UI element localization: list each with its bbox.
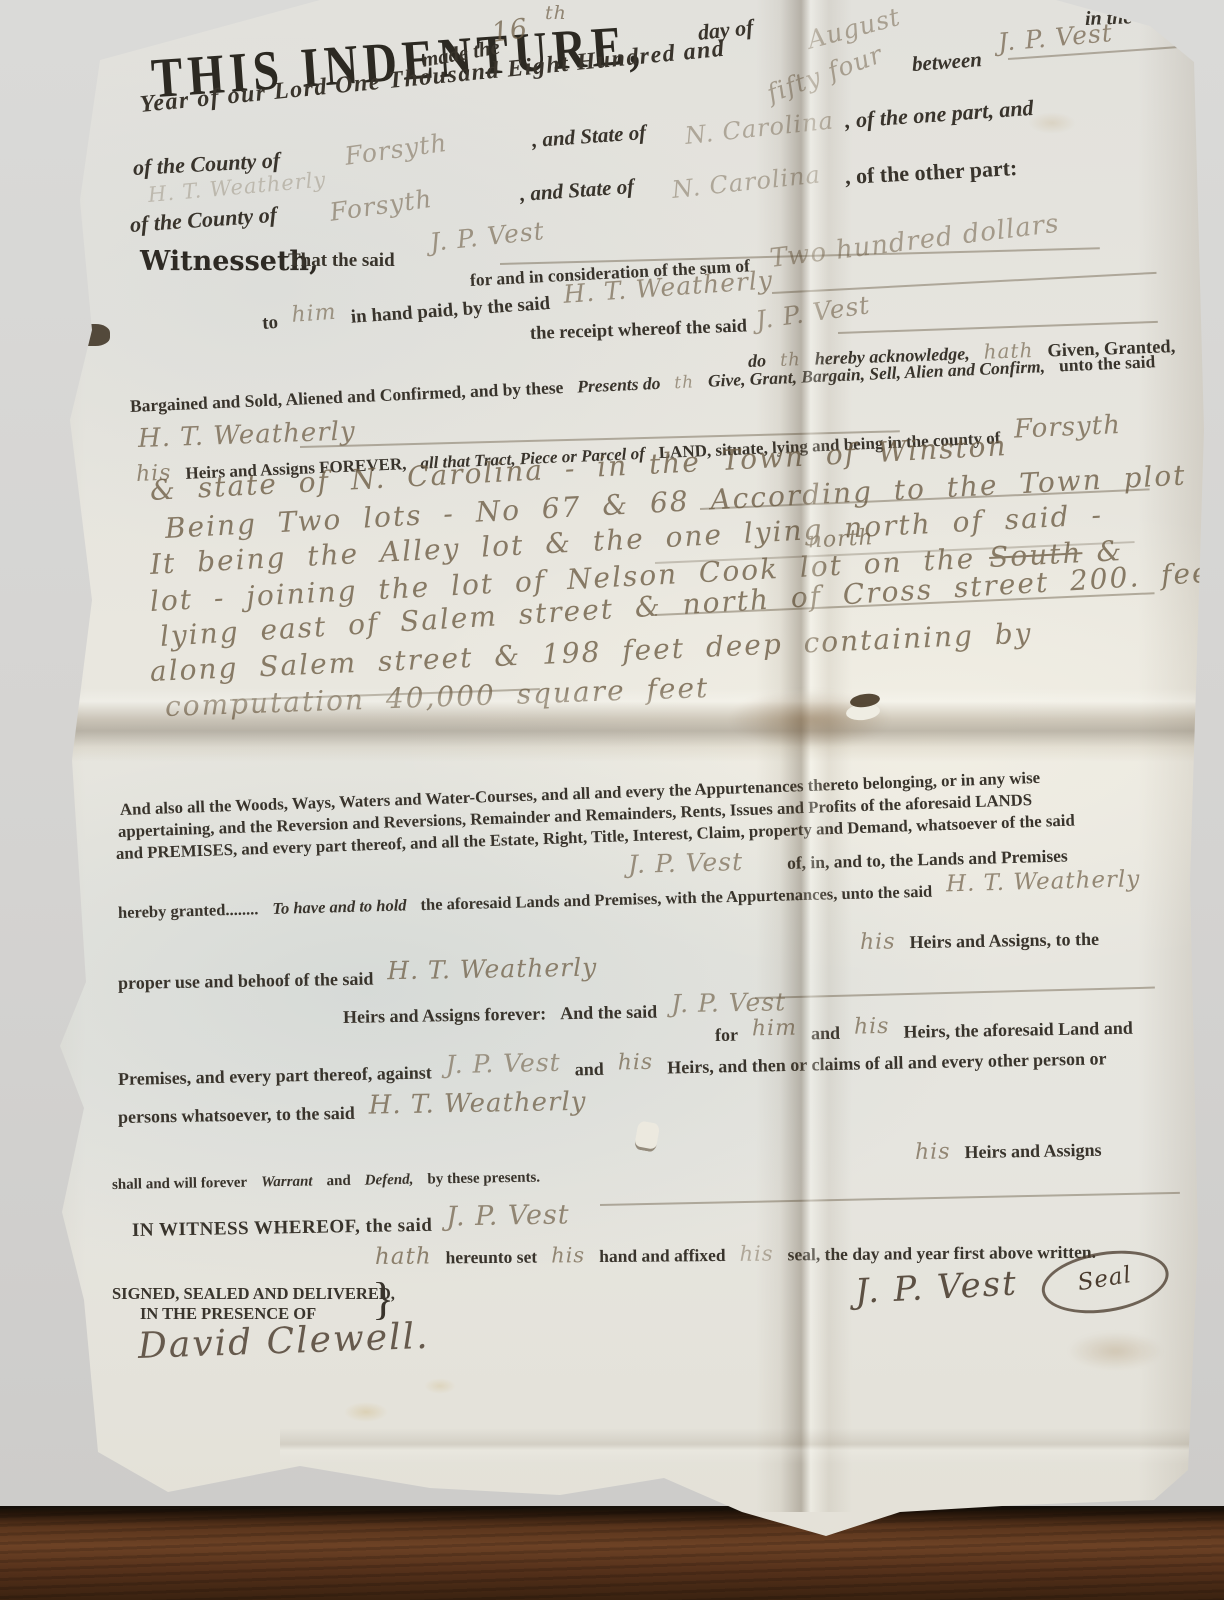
to-label: to — [261, 312, 278, 334]
receipt-label: the receipt whereof the said — [530, 316, 758, 345]
for-label: for — [715, 1025, 738, 1045]
him2-text: him — [752, 1016, 798, 1042]
his3-text: his — [854, 1014, 890, 1040]
shall-text: shall and will forever — [112, 1175, 247, 1193]
witness-signature-text: David Clewell. — [137, 1316, 430, 1367]
state-line-2: , and State of — [519, 173, 645, 207]
him-text: him — [291, 300, 338, 328]
heirs-forever2-text: Heirs and Assigns forever: — [343, 1003, 546, 1027]
yellow-spot-1 — [344, 1402, 388, 1422]
to-have-line: hereby granted........ To have and to ho… — [118, 871, 1151, 924]
signed-text: SIGNED, SEALED AND DELIVERED, — [112, 1284, 395, 1303]
handwritten-state-2: N. Carolina — [671, 159, 832, 204]
heirs-aforesaid-text: Heirs, the aforesaid Land and — [903, 1018, 1133, 1042]
against-line: Premises, and every part thereof, agains… — [118, 1041, 1117, 1091]
photo-scene: THIS INDENTURE, made the 16 th day of Au… — [0, 0, 1224, 1600]
day-number-text: 16 — [490, 13, 530, 49]
seal-text: Seal — [1076, 1262, 1134, 1296]
state1-label: , and State of — [531, 120, 647, 152]
grantee3-text: H. T. Weatherly — [387, 953, 597, 986]
his2-text: his — [860, 929, 896, 955]
signed-sealed-line: SIGNED, SEALED AND DELIVERED, — [112, 1284, 405, 1304]
handwritten-county-2: Forsyth — [328, 182, 444, 226]
to-have-text: To have and to hold — [272, 895, 407, 918]
county3-text: Forsyth — [1013, 410, 1121, 445]
state-line-1: , and State of — [531, 119, 657, 153]
unto-said-text: unto the said — [1059, 351, 1156, 375]
ruled-line — [600, 1192, 1180, 1206]
heirs-to-the-line: his Heirs and Assigns, to the — [860, 926, 1109, 955]
in-hand-text: in hand paid, by the said — [350, 293, 551, 328]
one-part-label: , of the one part, and — [844, 94, 1044, 134]
against-name-text: J. P. Vest — [445, 1048, 561, 1079]
hereunto-text: hereunto set — [446, 1247, 538, 1268]
premises2-text: Premises, and every part thereof, agains… — [118, 1062, 432, 1089]
his7-text: his — [739, 1242, 773, 1266]
grantor-signature-text: J. P. Vest — [854, 1264, 1019, 1312]
sum-text: Two hundred dollars — [768, 209, 1061, 274]
proper-use-text: proper use and behoof of the said — [118, 969, 374, 993]
th2-text: th — [674, 372, 695, 393]
in-witness-line: IN WITNESS WHEREOF, the said J. P. Vest — [132, 1204, 580, 1243]
ruled-line — [838, 321, 1158, 334]
his-heirs-assigns-line: his Heirs and Assigns — [915, 1137, 1112, 1165]
and-said-text: And the said — [560, 1002, 657, 1024]
receipt-text: the receipt whereof the said — [530, 316, 748, 344]
handwritten-grantee-1: H. T. Weatherly — [137, 416, 366, 454]
his6-text: his — [551, 1243, 585, 1267]
day-suffix-text: th — [545, 2, 567, 24]
said1-text: J. P. Vest — [428, 216, 545, 257]
his4-text: his — [617, 1050, 653, 1076]
handwritten-county-1: Forsyth — [343, 126, 459, 170]
and1-text: and — [811, 1023, 840, 1044]
grantee1-text: H. T. Weatherly — [137, 416, 356, 454]
grantor-signature: J. P. Vest — [854, 1263, 1029, 1312]
state1-text: N. Carolina — [684, 106, 836, 149]
handwritten-state-1: N. Carolina — [684, 105, 845, 150]
handwritten-day-suffix: th — [545, 2, 577, 24]
aforesaid-text: the aforesaid Lands and Premises, with t… — [420, 882, 932, 914]
one-part-text: , of the one part, and — [844, 95, 1034, 133]
hath2-text: hath — [375, 1244, 432, 1270]
witness-said-text: J. P. Vest — [446, 1199, 570, 1232]
proper-use-line: proper use and behoof of the said H. T. … — [118, 957, 608, 995]
left-edge-notch — [74, 324, 110, 346]
ruled-line — [755, 987, 1155, 999]
grantee2-text: H. T. Weatherly — [946, 866, 1141, 897]
said3-text: J. P. Vest — [671, 987, 787, 1018]
state2-text: N. Carolina — [671, 160, 823, 203]
in-witness-text: IN WITNESS WHEREOF, the said — [132, 1215, 433, 1241]
fold-shadow-stain — [730, 690, 890, 748]
prop4-correction-text: north — [807, 525, 874, 553]
between-label: between — [911, 46, 993, 77]
between-text: between — [911, 47, 982, 76]
heirs-assigns-text: Heirs and Assigns — [964, 1140, 1101, 1162]
presents2-text: by these presents. — [427, 1170, 540, 1188]
and3-text: and — [326, 1173, 350, 1189]
said2-text: J. P. Vest — [628, 847, 744, 879]
other-part-text: , of the other part: — [844, 155, 1018, 189]
indenture-document: THIS INDENTURE, made the 16 th day of Au… — [0, 0, 1224, 1600]
grantee4-text: H. T. Weatherly — [368, 1087, 586, 1121]
hereby-granted-text: hereby granted........ — [118, 899, 259, 922]
county2-label: of the County of — [129, 202, 278, 237]
paper-chip — [845, 702, 880, 721]
persons-line: persons whatsoever, to the said H. T. We… — [118, 1092, 597, 1130]
heirs-to-the-text: Heirs and Assigns, to the — [909, 929, 1099, 952]
seal-day-text: seal, the day and year first above writt… — [788, 1242, 1096, 1265]
county1-text: Forsyth — [343, 128, 449, 171]
small-tear — [634, 1120, 661, 1152]
table-surface — [0, 1506, 1224, 1600]
lower-fold-crease — [280, 1428, 1224, 1464]
fold-tear — [849, 692, 881, 709]
handwritten-sum: Two hundred dollars — [768, 207, 1071, 274]
in-the-label: in the — [1085, 6, 1143, 31]
handwritten-said-1: J. P. Vest — [428, 215, 555, 257]
warrant-defend-line: shall and will forever Warrant and Defen… — [112, 1168, 550, 1194]
in-the-text: in the — [1085, 6, 1133, 30]
his5-text: his — [915, 1139, 951, 1165]
that-said-label: That the said — [288, 250, 405, 272]
hand-affixed-text: hand and affixed — [599, 1245, 726, 1266]
state2-label: , and State of — [519, 174, 635, 206]
warrant-text: Warrant — [261, 1174, 313, 1191]
heirs-claims-text: Heirs, and then or claims of all and eve… — [667, 1048, 1107, 1077]
county2-text: Forsyth — [328, 184, 434, 227]
bargained-text: Bargained and Sold, Aliened and Confirme… — [130, 377, 564, 416]
and2-text: and — [575, 1059, 604, 1080]
that-said-text: That the said — [288, 250, 395, 271]
vertical-fold-crease — [756, 0, 852, 1512]
handwritten-day-number: 16 — [490, 12, 540, 49]
presents-do-text: Presents do — [577, 373, 661, 397]
ruled-line — [772, 272, 1157, 294]
yellow-spot-2 — [424, 1378, 456, 1394]
other-part-label: , of the other part: — [844, 154, 1028, 190]
persons-text: persons whatsoever, to the said — [118, 1103, 355, 1127]
defend-text: Defend, — [365, 1172, 414, 1189]
bargained-line: Bargained and Sold, Aliened and Confirme… — [130, 351, 1166, 417]
brown-smudge — [1068, 1332, 1163, 1370]
